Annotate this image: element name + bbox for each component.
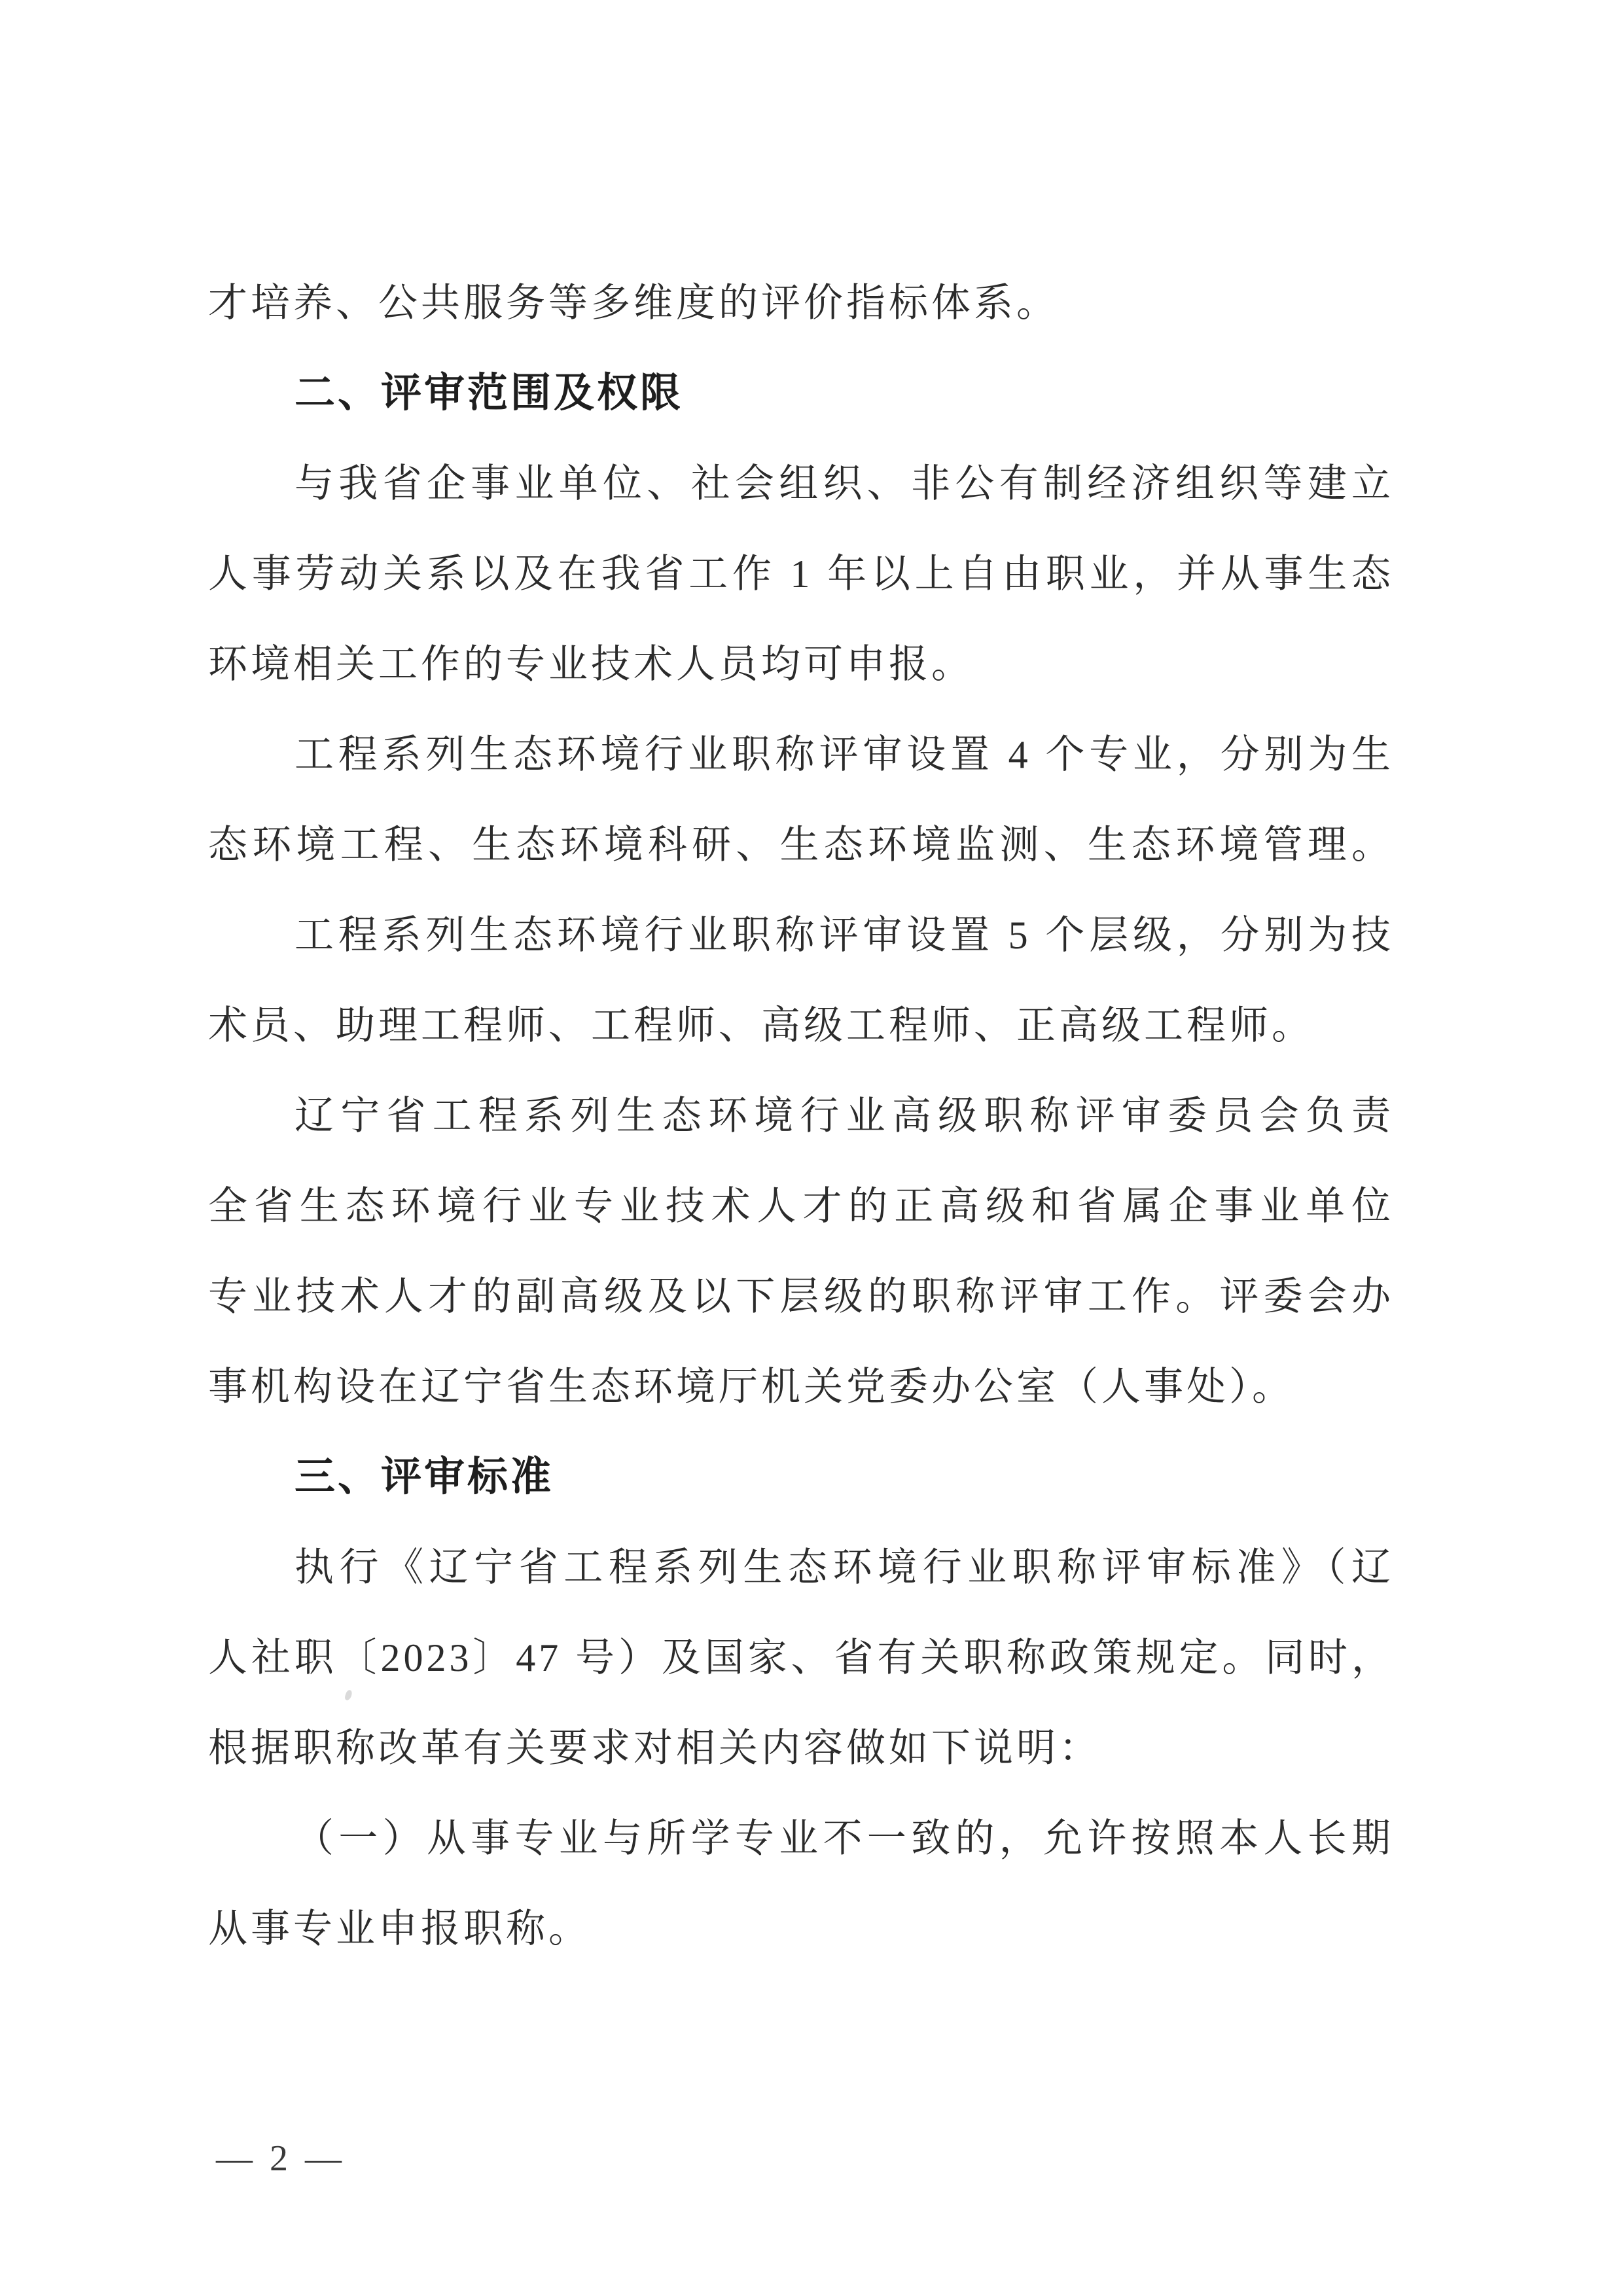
text-line: 事机构设在辽宁省生态环境厅机关党委办公室（人事处）。: [208, 1342, 1394, 1432]
text-line: 从事专业申报职称。: [208, 1884, 1394, 1974]
text-line: （一）从事专业与所学专业不一致的，允许按照本人长期: [208, 1793, 1394, 1884]
text-line: 工程系列生态环境行业职称评审设置 5 个层级，分别为技: [208, 890, 1394, 980]
page-number: — 2 —: [216, 2126, 346, 2191]
text-line: 执行《辽宁省工程系列生态环境行业职称评审标准》（辽: [208, 1522, 1394, 1613]
section-heading: 二、评审范围及权限: [208, 348, 1394, 439]
document-page: 才培养、公共服务等多维度的评价指标体系。二、评审范围及权限与我省企事业单位、社会…: [0, 0, 1623, 2296]
text-line: 工程系列生态环境行业职称评审设置 4 个专业，分别为生: [208, 709, 1394, 800]
text-line: 与我省企事业单位、社会组织、非公有制经济组织等建立: [208, 439, 1394, 529]
text-line: 人事劳动关系以及在我省工作 1 年以上自由职业，并从事生态: [208, 529, 1394, 619]
text-line: 全省生态环境行业专业技术人才的正高级和省属企事业单位: [208, 1161, 1394, 1251]
section-heading: 三、评审标准: [208, 1432, 1394, 1522]
text-line: 态环境工程、生态环境科研、生态环境监测、生态环境管理。: [208, 800, 1394, 890]
text-line: 人社职〔2023〕47 号）及国家、省有关职称政策规定。同时，: [208, 1613, 1394, 1703]
text-line: 专业技术人才的副高级及以下层级的职称评审工作。评委会办: [208, 1251, 1394, 1342]
text-line: 环境相关工作的专业技术人员均可申报。: [208, 619, 1394, 709]
document-body: 才培养、公共服务等多维度的评价指标体系。二、评审范围及权限与我省企事业单位、社会…: [208, 258, 1394, 1974]
text-line: 辽宁省工程系列生态环境行业高级职称评审委员会负责: [208, 1071, 1394, 1161]
text-line: 术员、助理工程师、工程师、高级工程师、正高级工程师。: [208, 980, 1394, 1071]
text-line: 根据职称改革有关要求对相关内容做如下说明：: [208, 1703, 1394, 1793]
text-line: 才培养、公共服务等多维度的评价指标体系。: [208, 258, 1394, 348]
